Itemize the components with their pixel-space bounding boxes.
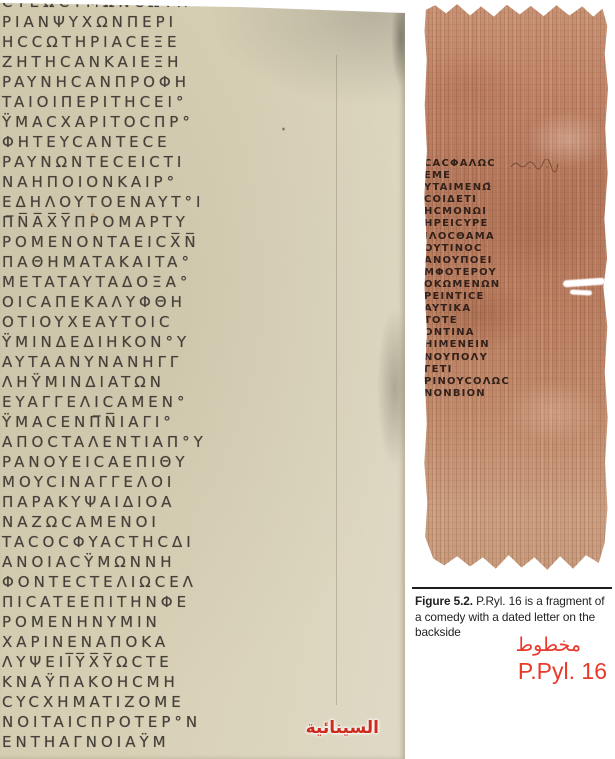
cursive-docket-icon: [510, 159, 560, 173]
papyrus-hole: [570, 289, 592, 295]
manuscript-greek-text: CTEΩCYMΩNCΩTH PIANΨYXΩNΠEPI HCCΩTHPIACEΞ…: [2, 0, 402, 752]
papyrus-fragment-photo: CACΦAΛΩC EME YTAIMENΩ̂ COIΔETI HCMONΩI H…: [424, 3, 608, 571]
book-figure-page: CTEΩCYMΩNCΩTH PIANΨYXΩNΠEPI HCCΩTHPIACEΞ…: [0, 0, 615, 759]
red-annotation-block: مخطوط P.Pyl. 16: [516, 633, 607, 685]
parchment-manuscript-photo: CTEΩCYMΩNCΩTH PIANΨYXΩNΠEPI HCCΩTHPIACEΞ…: [0, 0, 405, 759]
shelfmark-annotation: P.Pyl. 16: [516, 658, 607, 685]
caption-divider-line: [412, 587, 612, 589]
figure-number-label: Figure 5.2.: [415, 594, 473, 608]
arabic-overlay-label: السينائية: [306, 718, 379, 738]
arabic-annotation: مخطوط: [516, 633, 581, 658]
column-ruling-line: [336, 55, 337, 705]
figure-column: CACΦAΛΩC EME YTAIMENΩ̂ COIΔETI HCMONΩI H…: [412, 0, 615, 759]
